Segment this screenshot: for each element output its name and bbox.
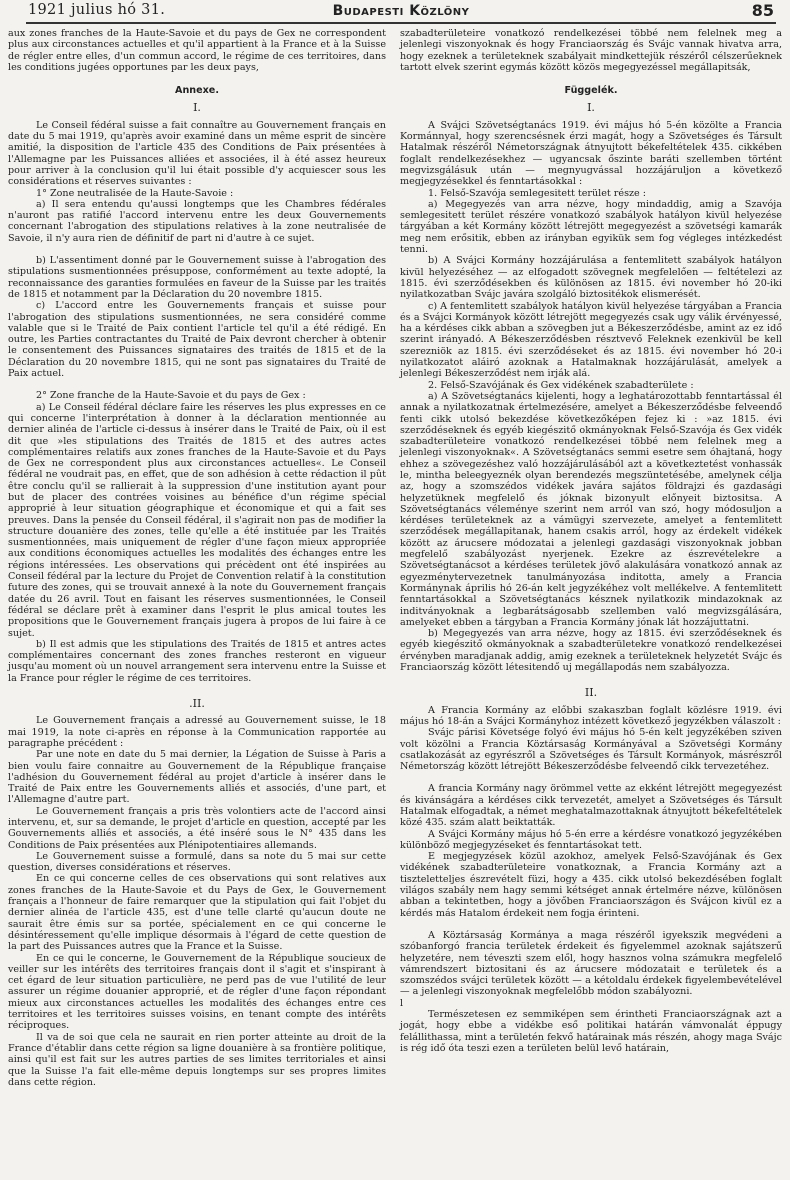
page-header: 1921 julius hó 31. Budapesti Közlöny 85 — [26, 2, 776, 24]
paragraph: A Svájci Kormány május hó 5-én erre a ké… — [400, 829, 782, 852]
paragraph: Par une note en date du 5 mai dernier, l… — [8, 749, 386, 805]
annex-heading: Annexe. — [8, 85, 386, 96]
paragraph: Il va de soi que cela ne saurait en rien… — [8, 1032, 386, 1088]
paragraph: aux zones franches de la Haute-Savoie et… — [8, 28, 386, 73]
paragraph: Svájc párisi Követsége folyó évi május h… — [400, 727, 782, 772]
paragraph: A francia Kormány nagy örömmel vette az … — [400, 783, 782, 828]
paragraph: 2. Felső-Szavójának és Gex vidékének sza… — [400, 380, 782, 391]
stray-mark: l — [400, 998, 782, 1009]
right-column-hungarian: szabadterületeire vonatkozó rendelkezése… — [400, 28, 782, 1054]
page-number: 85 — [752, 1, 774, 20]
paragraph: a) Le Conseil fédéral déclare faire les … — [8, 402, 386, 639]
paragraph: Le Gouvernement suisse a formulé, dans s… — [8, 851, 386, 874]
paragraph: Természetesen ez semmiképen sem érinthet… — [400, 1009, 782, 1054]
paragraph: b) L'assentiment donné par le Gouverneme… — [8, 255, 386, 300]
paragraph: a) Il sera entendu qu'aussi longtemps qu… — [8, 199, 386, 244]
paragraph: a) A Szövetségtanács kijelenti, hogy a l… — [400, 391, 782, 628]
section-numeral: II. — [400, 687, 782, 698]
newspaper-page: 1921 julius hó 31. Budapesti Közlöny 85 … — [0, 0, 790, 1180]
paragraph: En ce qui le concerne, le Gouvernement d… — [8, 953, 386, 1032]
section-numeral: I. — [400, 102, 782, 113]
paragraph: Le Gouvernement français a pris très vol… — [8, 806, 386, 851]
paragraph: A Köztársaság Kormánya a maga részéről i… — [400, 930, 782, 998]
paragraph: b) Megegyezés van arra nézve, hogy az 18… — [400, 628, 782, 673]
section-numeral: I. — [8, 102, 386, 113]
paragraph: szabadterületeire vonatkozó rendelkezése… — [400, 28, 782, 73]
publication-title: Budapesti Közlöny — [26, 3, 776, 19]
paragraph: 1° Zone neutralisée de la Haute-Savoie : — [8, 188, 386, 199]
paragraph: 1. Felső-Szavója semlegesitett terület r… — [400, 188, 782, 199]
left-column-french: aux zones franches de la Haute-Savoie et… — [8, 28, 386, 1088]
paragraph: c) L'accord entre les Gouvernements fran… — [8, 300, 386, 379]
paragraph: c) A fentemlitett szabályok hatályon kiv… — [400, 301, 782, 380]
paragraph: A Svájci Szövetségtanács 1919. évi május… — [400, 120, 782, 188]
paragraph: Le Conseil fédéral suisse a fait connaît… — [8, 120, 386, 188]
paragraph: b) A Svájci Kormány hozzájárulása a fent… — [400, 255, 782, 300]
paragraph: a) Megegyezés van arra nézve, hogy minda… — [400, 199, 782, 255]
appendix-heading: Függelék. — [400, 85, 782, 96]
paragraph: E megjegyzések közül azokhoz, amelyek Fe… — [400, 851, 782, 919]
paragraph: 2° Zone franche de la Haute-Savoie et du… — [8, 390, 386, 401]
section-numeral: .II. — [8, 698, 386, 709]
paragraph: A Francia Kormány az előbbi szakaszban f… — [400, 705, 782, 728]
paragraph: b) Il est admis que les stipulations des… — [8, 639, 386, 684]
paragraph: En ce qui concerne celles de ces observa… — [8, 873, 386, 952]
paragraph: Le Gouvernement français a adressé au Go… — [8, 715, 386, 749]
